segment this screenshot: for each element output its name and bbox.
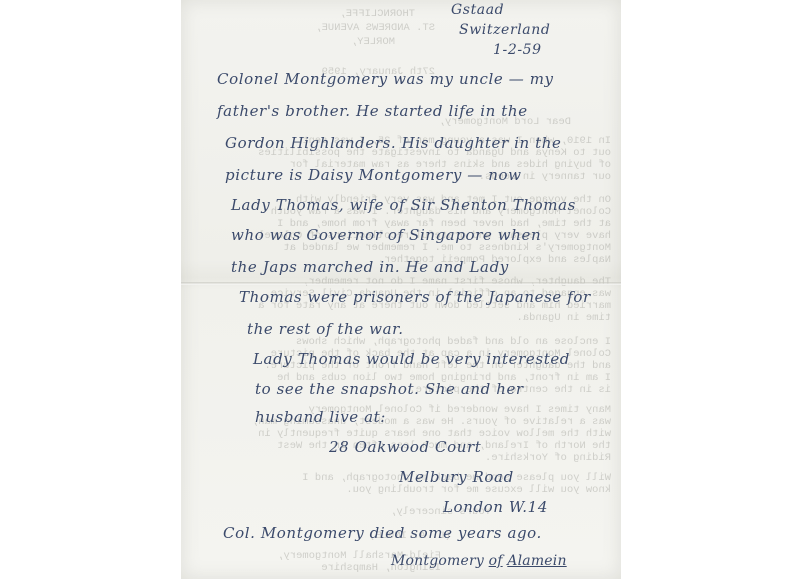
- body-line: the Japs marched in. He and Lady: [231, 258, 509, 276]
- signature-title: Alamein: [507, 553, 566, 569]
- address-line: 28 Oakwood Court: [329, 438, 481, 456]
- body-line: husband live at:: [255, 408, 386, 426]
- letter-country: Switzerland: [459, 22, 550, 38]
- show-through-line: time in Uganda.: [516, 312, 611, 325]
- body-line: the rest of the war.: [247, 320, 404, 338]
- signature-connector: of: [489, 553, 503, 569]
- letter-place: Gstaad: [451, 2, 504, 18]
- body-line: Lady Thomas would be very interested: [253, 350, 570, 368]
- body-line: to see the snapshot. She and her: [255, 380, 524, 398]
- body-line: picture is Daisy Montgomery — now: [225, 166, 522, 184]
- address-line: Melbury Road: [399, 468, 514, 486]
- address-line: London W.14: [443, 498, 548, 516]
- postscript: Col. Montgomery died some years ago.: [223, 524, 542, 542]
- letter-paper: THORNCLIFFE, ST. ANDREWS AVENUE, MORLEY,…: [181, 0, 621, 579]
- body-line: who was Governor of Singapore when: [231, 226, 541, 244]
- show-through-line: Riding of Yorkshire.: [485, 452, 611, 465]
- body-line: Colonel Montgomery was my uncle — my: [217, 70, 554, 88]
- show-through-line: ST. ANDREWS AVENUE,: [315, 22, 435, 35]
- signature: Montgomery of Alamein: [391, 553, 567, 569]
- letter-viewer: THORNCLIFFE, ST. ANDREWS AVENUE, MORLEY,…: [0, 0, 800, 579]
- body-line: father's brother. He started life in the: [217, 102, 528, 120]
- signature-name: Montgomery: [391, 553, 484, 569]
- paper-fold-line: [181, 282, 621, 285]
- body-line: Thomas were prisoners of the Japanese fo…: [239, 288, 591, 306]
- body-line: Lady Thomas, wife of Sir Shenton Thomas: [231, 196, 576, 214]
- letter-date: 1-2-59: [493, 42, 542, 58]
- body-line: Gordon Highlanders. His daughter in the: [225, 134, 562, 152]
- show-through-line: THORNCLIFFE,: [339, 8, 415, 21]
- show-through-line: MORLEY,: [351, 36, 395, 49]
